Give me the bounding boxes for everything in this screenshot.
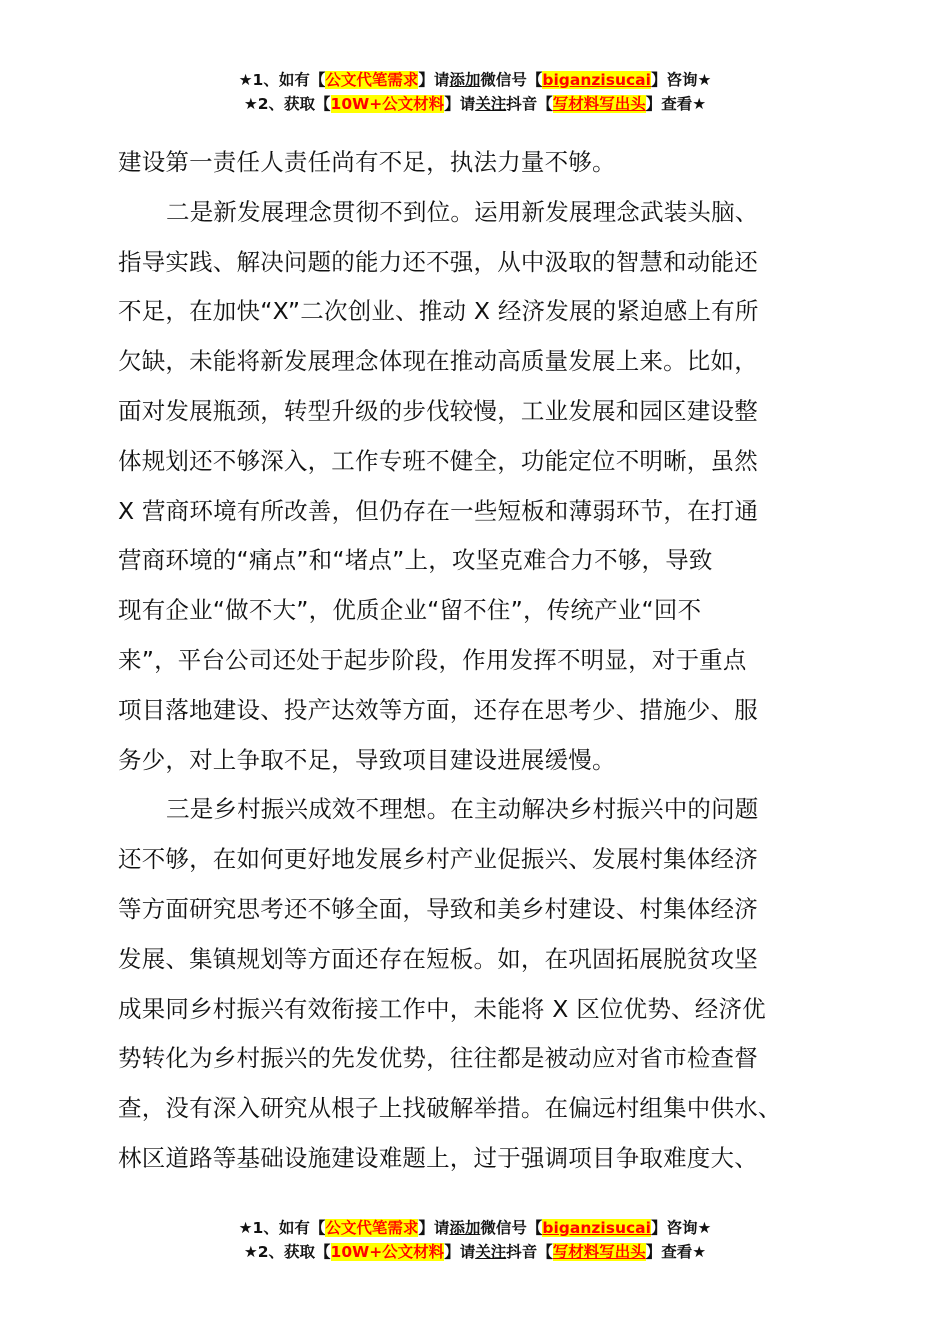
text-line: 还不够，在如何更好地发展乡村产业促振兴、发展村集体经济 [118, 835, 830, 885]
douyin-account-link[interactable]: 写材料写出头 [553, 1243, 646, 1261]
footer-banner: ★1、如有【公文代笔需求】请添加微信号【biganzisucai】咨询★ ★2、… [0, 1216, 950, 1264]
banner-text: 抖音【 [506, 95, 553, 113]
text-line: 欠缺，未能将新发展理念体现在推动高质量发展上来。比如， [118, 337, 830, 387]
header-banner: ★1、如有【公文代笔需求】请添加微信号【biganzisucai】咨询★ ★2、… [0, 68, 950, 116]
text-line: 务少，对上争取不足，导致项目建设进展缓慢。 [118, 736, 830, 786]
highlight-materials: 10W+公文材料 [331, 1243, 445, 1261]
text-line: 等方面研究思考还不够全面，导致和美乡村建设、村集体经济 [118, 885, 830, 935]
highlight-ghostwriting: 公文代笔需求 [325, 1219, 418, 1237]
banner-text: 】咨询★ [651, 1219, 711, 1237]
banner-text: 】咨询★ [651, 71, 711, 89]
banner-text: 】请 [444, 95, 475, 113]
wechat-id-link[interactable]: biganzisucai [542, 71, 651, 89]
banner-text: 】查看★ [646, 95, 706, 113]
text-line: 指导实践、解决问题的能力还不强，从中汲取的智慧和动能还 [118, 238, 830, 288]
underlined-follow: 关注 [475, 1243, 506, 1261]
banner-line-1: ★1、如有【公文代笔需求】请添加微信号【biganzisucai】咨询★ [0, 68, 950, 92]
underlined-follow: 关注 [475, 95, 506, 113]
document-body: 建设第一责任人责任尚有不足，执法力量不够。 二是新发展理念贯彻不到位。运用新发展… [118, 138, 830, 1184]
banner-text: 】请 [444, 1243, 475, 1261]
text-line: 林区道路等基础设施建设难题上，过于强调项目争取难度大、 [118, 1134, 830, 1184]
text-line: 面对发展瓶颈，转型升级的步伐较慢，工业发展和园区建设整 [118, 387, 830, 437]
text-line: X 营商环境有所改善，但仍存在一些短板和薄弱环节，在打通 [118, 487, 830, 537]
text-line: 营商环境的“痛点”和“堵点”上，攻坚克难合力不够，导致 [118, 536, 830, 586]
wechat-id-link[interactable]: biganzisucai [542, 1219, 651, 1237]
banner-text: 微信号【 [480, 71, 542, 89]
text-line: 项目落地建设、投产达效等方面，还存在思考少、措施少、服 [118, 686, 830, 736]
banner-text: 】请 [418, 71, 449, 89]
highlight-materials: 10W+公文材料 [331, 95, 445, 113]
underlined-add: 添加 [449, 71, 480, 89]
highlight-ghostwriting: 公文代笔需求 [325, 71, 418, 89]
text-line: 势转化为乡村振兴的先发优势，往往都是被动应对省市检查督 [118, 1034, 830, 1084]
banner-line-2: ★2、获取【10W+公文材料】请关注抖音【写材料写出头】查看★ [0, 1240, 950, 1264]
banner-text: 微信号【 [480, 1219, 542, 1237]
banner-text: 】查看★ [646, 1243, 706, 1261]
banner-line-2: ★2、获取【10W+公文材料】请关注抖音【写材料写出头】查看★ [0, 92, 950, 116]
text-line: 成果同乡村振兴有效衔接工作中，未能将 X 区位优势、经济优 [118, 985, 830, 1035]
banner-text: ★1、如有【 [239, 1219, 326, 1237]
section-heading-line: 二是新发展理念贯彻不到位。运用新发展理念武装头脑、 [118, 188, 830, 238]
banner-text: ★2、获取【 [244, 1243, 331, 1261]
text-line: 查，没有深入研究从根子上找破解举措。在偏远村组集中供水、 [118, 1084, 830, 1134]
douyin-account-link[interactable]: 写材料写出头 [553, 95, 646, 113]
section-heading-line: 三是乡村振兴成效不理想。在主动解决乡村振兴中的问题 [118, 785, 830, 835]
text-line: 现有企业“做不大”，优质企业“留不住”，传统产业“回不 [118, 586, 830, 636]
text-line: 来”，平台公司还处于起步阶段，作用发挥不明显，对于重点 [118, 636, 830, 686]
underlined-add: 添加 [449, 1219, 480, 1237]
banner-line-1: ★1、如有【公文代笔需求】请添加微信号【biganzisucai】咨询★ [0, 1216, 950, 1240]
text-line: 体规划还不够深入，工作专班不健全，功能定位不明晰，虽然 [118, 437, 830, 487]
banner-text: 】请 [418, 1219, 449, 1237]
banner-text: ★1、如有【 [239, 71, 326, 89]
text-line: 建设第一责任人责任尚有不足，执法力量不够。 [118, 138, 830, 188]
text-line: 发展、集镇规划等方面还存在短板。如，在巩固拓展脱贫攻坚 [118, 935, 830, 985]
banner-text: ★2、获取【 [244, 95, 331, 113]
banner-text: 抖音【 [506, 1243, 553, 1261]
text-line: 不足，在加快“X”二次创业、推动 X 经济发展的紧迫感上有所 [118, 287, 830, 337]
